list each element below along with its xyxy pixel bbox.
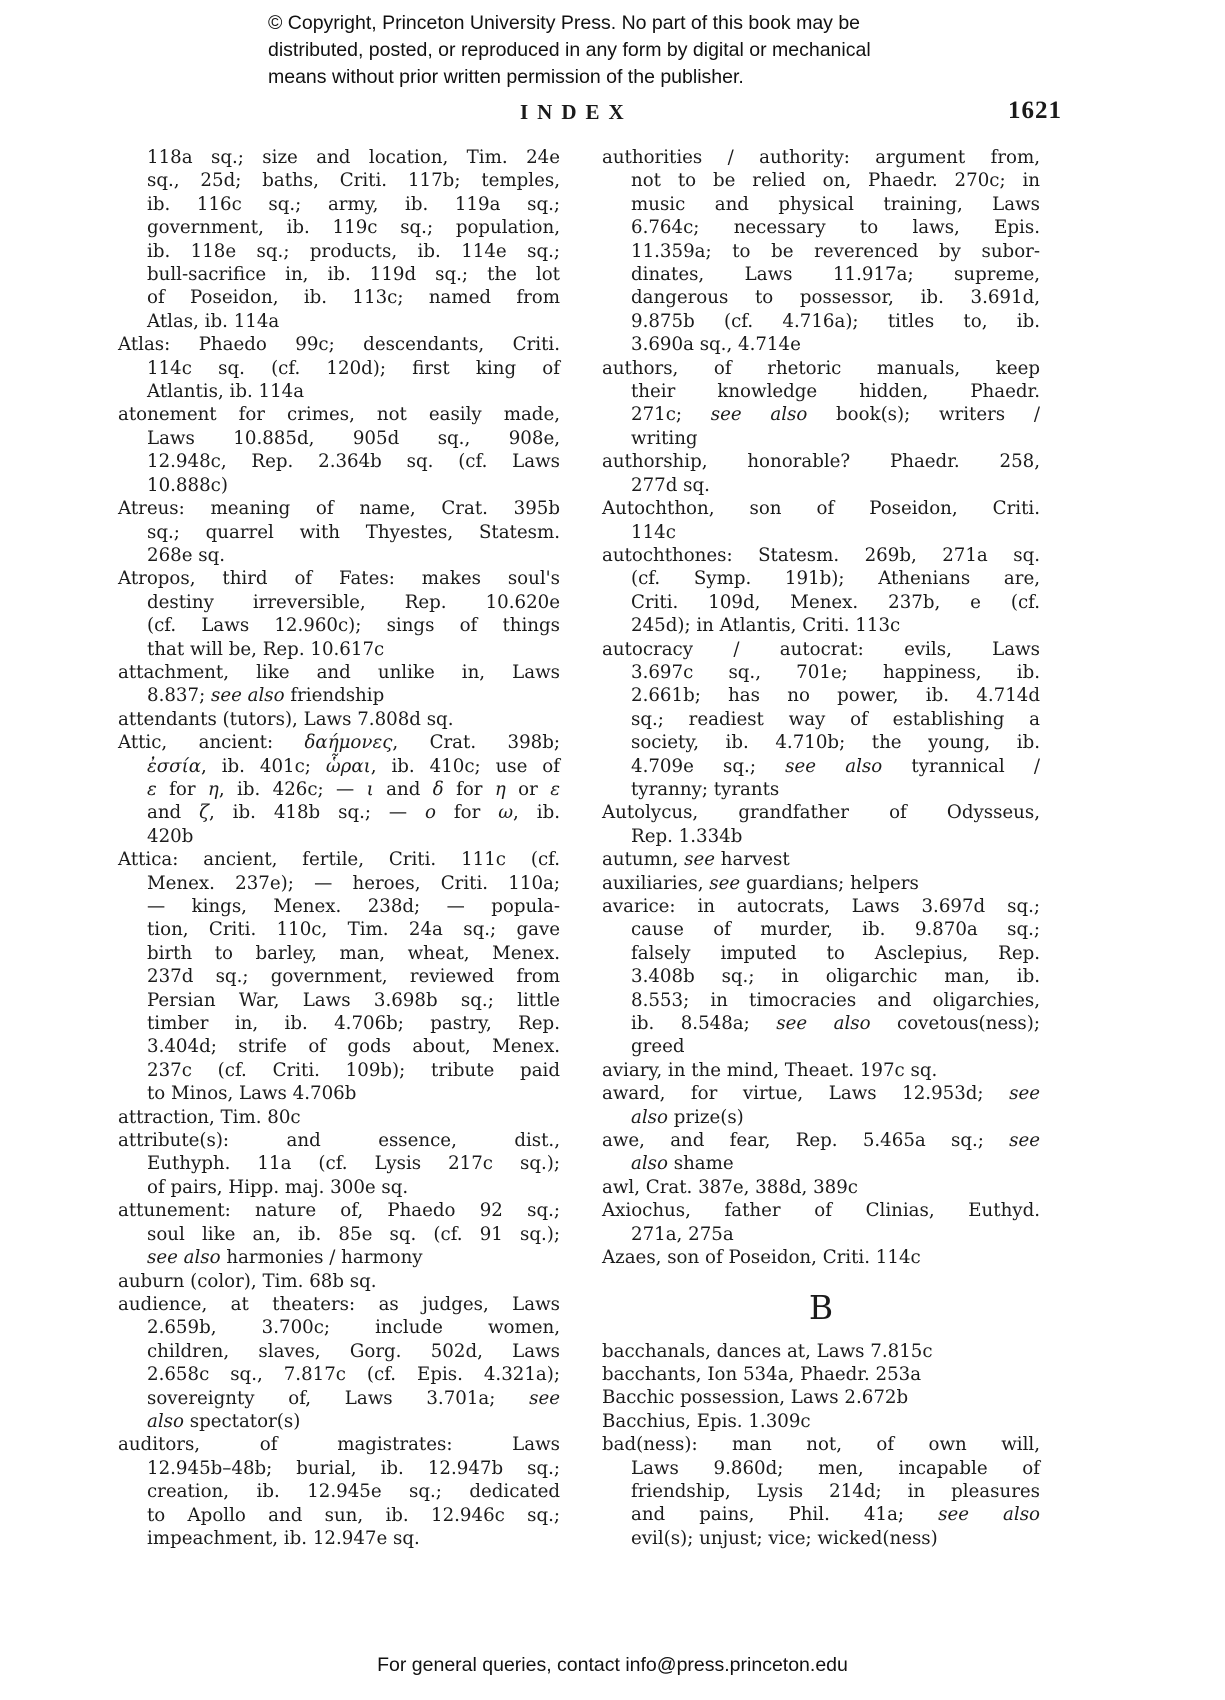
entry-line: autumn, see harvest (602, 848, 1040, 871)
entry-line: ib. 118e sq.; products, ib. 114e sq.; (118, 240, 560, 263)
index-entry: attendants (tutors), Laws 7.808d sq. (118, 708, 560, 731)
entry-line: attachment, like and unlike in, Laws (118, 661, 560, 684)
index-entry: Atlas: Phaedo 99c; descendants, Criti.11… (118, 333, 560, 403)
index-entry: Attica: ancient, fertile, Criti. 111c (c… (118, 848, 560, 1105)
entry-line: 118a sq.; size and location, Tim. 24e (118, 146, 560, 169)
entry-line: creation, ib. 12.945e sq.; dedicated (118, 1480, 560, 1503)
entry-line: that will be, Rep. 10.617c (118, 638, 560, 661)
entry-line: Atreus: meaning of name, Crat. 395b (118, 497, 560, 520)
entry-line: atonement for crimes, not easily made, (118, 403, 560, 426)
entry-line: Rep. 1.334b (602, 825, 1040, 848)
entry-line: falsely imputed to Asclepius, Rep. (602, 942, 1040, 965)
entry-line: 237c (cf. Criti. 109b); tribute paid (118, 1059, 560, 1082)
entry-line: tyranny; tyrants (602, 778, 1040, 801)
page-number: 1621 (1008, 97, 1062, 125)
section-title: INDEX (520, 100, 633, 125)
entry-line: 271a, 275a (602, 1223, 1040, 1246)
entry-line: 3.404d; strife of gods about, Menex. (118, 1035, 560, 1058)
index-entry: autochthones: Statesm. 269b, 271a sq.(cf… (602, 544, 1040, 638)
entry-line: Atropos, third of Fates: makes soul's (118, 567, 560, 590)
copyright-line: © Copyright, Princeton University Press.… (268, 10, 1028, 37)
entry-line: autocracy / autocrat: evils, Laws (602, 638, 1040, 661)
entry-line: awl, Crat. 387e, 388d, 389c (602, 1176, 1040, 1199)
entry-line: Attica: ancient, fertile, Criti. 111c (c… (118, 848, 560, 871)
entry-line: dinates, Laws 11.917a; supreme, (602, 263, 1040, 286)
index-entry: 118a sq.; size and location, Tim. 24esq.… (118, 146, 560, 333)
entry-line: to Minos, Laws 4.706b (118, 1082, 560, 1105)
entry-line: attraction, Tim. 80c (118, 1106, 560, 1129)
index-entry: Axiochus, father of Clinias, Euthyd.271a… (602, 1199, 1040, 1246)
index-entry: Azaes, son of Poseidon, Criti. 114c (602, 1246, 1040, 1269)
entry-line: 271c; see also book(s); writers / (602, 403, 1040, 426)
index-entry: auditors, of magistrates: Laws12.945b–48… (118, 1433, 560, 1550)
entry-line: bacchanals, dances at, Laws 7.815c (602, 1340, 1040, 1363)
index-entry: award, for virtue, Laws 12.953d; seealso… (602, 1082, 1040, 1129)
entry-line: autochthones: Statesm. 269b, 271a sq. (602, 544, 1040, 567)
index-entry: aviary, in the mind, Theaet. 197c sq. (602, 1059, 1040, 1082)
entry-line: ib. 8.548a; see also covetous(ness); (602, 1012, 1040, 1035)
index-entry: authorship, honorable? Phaedr. 258,277d … (602, 450, 1040, 497)
entry-line: of pairs, Hipp. maj. 300e sq. (118, 1176, 560, 1199)
entry-line: writing (602, 427, 1040, 450)
entry-line: 420b (118, 825, 560, 848)
entry-line: government, ib. 119c sq.; population, (118, 216, 560, 239)
entry-line: avarice: in autocrats, Laws 3.697d sq.; (602, 895, 1040, 918)
copyright-notice: © Copyright, Princeton University Press.… (268, 10, 1028, 91)
index-entry: auxiliaries, see guardians; helpers (602, 872, 1040, 895)
entry-line: to Apollo and sun, ib. 12.946c sq.; (118, 1504, 560, 1527)
entry-line: award, for virtue, Laws 12.953d; see (602, 1082, 1040, 1105)
index-entry: autocracy / autocrat: evils, Laws3.697c … (602, 638, 1040, 802)
index-column-right: authorities / authority: argument from,n… (602, 146, 1040, 1550)
entry-line: 8.837; see also friendship (118, 684, 560, 707)
entry-line: auburn (color), Tim. 68b sq. (118, 1270, 560, 1293)
index-entry: authors, of rhetoric manuals, keeptheir … (602, 357, 1040, 451)
entry-line: ἐσσία, ib. 401c; ὧραι, ib. 410c; use of (118, 755, 560, 778)
footer-contact: For general queries, contact info@press.… (0, 1654, 1225, 1677)
entry-line: of Poseidon, ib. 113c; named from (118, 286, 560, 309)
entry-line: attribute(s): and essence, dist., (118, 1129, 560, 1152)
entry-line: (cf. Laws 12.960c); sings of things (118, 614, 560, 637)
entry-line: 277d sq. (602, 474, 1040, 497)
entry-line: — kings, Menex. 238d; — popula- (118, 895, 560, 918)
entry-line: sovereignty of, Laws 3.701a; see (118, 1387, 560, 1410)
index-entry: atonement for crimes, not easily made,La… (118, 403, 560, 497)
index-entry: Attic, ancient: δαήμονες, Crat. 398b;ἐσσ… (118, 731, 560, 848)
index-entry: bad(ness): man not, of own will,Laws 9.8… (602, 1433, 1040, 1550)
entry-line: also spectator(s) (118, 1410, 560, 1433)
entry-line: destiny irreversible, Rep. 10.620e (118, 591, 560, 614)
entry-line: not to be relied on, Phaedr. 270c; in (602, 169, 1040, 192)
entry-line: 10.888c) (118, 474, 560, 497)
entry-line: 114c sq. (cf. 120d); first king of (118, 357, 560, 380)
entry-line: and pains, Phil. 41a; see also (602, 1503, 1040, 1526)
entry-line: Autolycus, grandfather of Odysseus, (602, 801, 1040, 824)
entry-line: children, slaves, Gorg. 502d, Laws (118, 1340, 560, 1363)
entry-line: evil(s); unjust; vice; wicked(ness) (602, 1527, 1040, 1550)
entry-line: bacchants, Ion 534a, Phaedr. 253a (602, 1363, 1040, 1386)
entry-line: see also harmonies / harmony (118, 1246, 560, 1269)
index-entry: attraction, Tim. 80c (118, 1106, 560, 1129)
entry-line: aviary, in the mind, Theaet. 197c sq. (602, 1059, 1040, 1082)
entry-line: attunement: nature of, Phaedo 92 sq.; (118, 1199, 560, 1222)
entry-line: ib. 116c sq.; army, ib. 119a sq.; (118, 193, 560, 216)
copyright-line: means without prior written permission o… (268, 64, 1028, 91)
entry-line: 2.661b; has no power, ib. 4.714d (602, 684, 1040, 707)
entry-line: music and physical training, Laws (602, 193, 1040, 216)
entry-line: auxiliaries, see guardians; helpers (602, 872, 1040, 895)
entry-line: birth to barley, man, wheat, Menex. (118, 942, 560, 965)
entry-line: Euthyph. 11a (cf. Lysis 217c sq.); (118, 1152, 560, 1175)
entry-line: Atlas: Phaedo 99c; descendants, Criti. (118, 333, 560, 356)
entry-line: authorship, honorable? Phaedr. 258, (602, 450, 1040, 473)
entry-line: 245d); in Atlantis, Criti. 113c (602, 614, 1040, 637)
entry-line: authors, of rhetoric manuals, keep (602, 357, 1040, 380)
entry-line: 114c (602, 521, 1040, 544)
index-entry: Atropos, third of Fates: makes soul'sdes… (118, 567, 560, 661)
entry-line: also prize(s) (602, 1106, 1040, 1129)
entry-line: cause of murder, ib. 9.870a sq.; (602, 918, 1040, 941)
entry-line: 11.359a; to be reverenced by subor- (602, 240, 1040, 263)
entry-line: Laws 9.860d; men, incapable of (602, 1457, 1040, 1480)
entry-line: sq., 25d; baths, Criti. 117b; temples, (118, 169, 560, 192)
entry-line: 2.659b, 3.700c; include women, (118, 1316, 560, 1339)
entry-line: Criti. 109d, Menex. 237b, e (cf. (602, 591, 1040, 614)
entry-line: tion, Criti. 110c, Tim. 24a sq.; gave (118, 918, 560, 941)
entry-line: dangerous to possessor, ib. 3.691d, (602, 286, 1040, 309)
entry-line: 12.945b–48b; burial, ib. 12.947b sq.; (118, 1457, 560, 1480)
entry-line: audience, at theaters: as judges, Laws (118, 1293, 560, 1316)
entry-line: ε for η, ib. 426c; — ι and δ for η or ε (118, 778, 560, 801)
entry-line: also shame (602, 1152, 1040, 1175)
index-entry: authorities / authority: argument from,n… (602, 146, 1040, 357)
entry-line: Menex. 237e); — heroes, Criti. 110a; (118, 872, 560, 895)
entry-line: Autochthon, son of Poseidon, Criti. (602, 497, 1040, 520)
entry-line: Atlantis, ib. 114a (118, 380, 560, 403)
entry-line: 8.553; in timocracies and oligarchies, (602, 989, 1040, 1012)
entry-line: friendship, Lysis 214d; in pleasures (602, 1480, 1040, 1503)
entry-line: soul like an, ib. 85e sq. (cf. 91 sq.); (118, 1223, 560, 1246)
entry-line: impeachment, ib. 12.947e sq. (118, 1527, 560, 1550)
index-entry: attribute(s): and essence, dist.,Euthyph… (118, 1129, 560, 1199)
index-entry: attunement: nature of, Phaedo 92 sq.;sou… (118, 1199, 560, 1269)
copyright-line: distributed, posted, or reproduced in an… (268, 37, 1028, 64)
entry-line: Bacchius, Epis. 1.309c (602, 1410, 1040, 1433)
entry-line: 6.764c; necessary to laws, Epis. (602, 216, 1040, 239)
entry-line: greed (602, 1035, 1040, 1058)
index-entry: Atreus: meaning of name, Crat. 395bsq.; … (118, 497, 560, 567)
index-entry: Bacchic possession, Laws 2.672b (602, 1386, 1040, 1409)
entry-line: 237d sq.; government, reviewed from (118, 965, 560, 988)
index-entry: audience, at theaters: as judges, Laws2.… (118, 1293, 560, 1433)
entry-line: Axiochus, father of Clinias, Euthyd. (602, 1199, 1040, 1222)
index-entry: Bacchius, Epis. 1.309c (602, 1410, 1040, 1433)
index-column-left: 118a sq.; size and location, Tim. 24esq.… (118, 146, 560, 1550)
entry-line: auditors, of magistrates: Laws (118, 1433, 560, 1456)
entry-line: 2.658c sq., 7.817c (cf. Epis. 4.321a); (118, 1363, 560, 1386)
index-entry: Autochthon, son of Poseidon, Criti.114c (602, 497, 1040, 544)
entry-line: 3.690a sq., 4.714e (602, 333, 1040, 356)
entry-line: Persian War, Laws 3.698b sq.; little (118, 989, 560, 1012)
index-entry: Autolycus, grandfather of Odysseus,Rep. … (602, 801, 1040, 848)
entry-line: 268e sq. (118, 544, 560, 567)
index-entry: bacchanals, dances at, Laws 7.815c (602, 1340, 1040, 1363)
entry-line: 3.697c sq., 701e; happiness, ib. (602, 661, 1040, 684)
entry-line: (cf. Symp. 191b); Athenians are, (602, 567, 1040, 590)
entry-line: Bacchic possession, Laws 2.672b (602, 1386, 1040, 1409)
index-entry: attachment, like and unlike in, Laws8.83… (118, 661, 560, 708)
entry-line: 12.948c, Rep. 2.364b sq. (cf. Laws (118, 450, 560, 473)
index-entry: auburn (color), Tim. 68b sq. (118, 1270, 560, 1293)
entry-line: their knowledge hidden, Phaedr. (602, 380, 1040, 403)
entry-line: society, ib. 4.710b; the young, ib. (602, 731, 1040, 754)
entry-line: authorities / authority: argument from, (602, 146, 1040, 169)
entry-line: awe, and fear, Rep. 5.465a sq.; see (602, 1129, 1040, 1152)
entry-line: sq.; readiest way of establishing a (602, 708, 1040, 731)
index-entry: awl, Crat. 387e, 388d, 389c (602, 1176, 1040, 1199)
index-entry: avarice: in autocrats, Laws 3.697d sq.;c… (602, 895, 1040, 1059)
entry-line: and ζ, ib. 418b sq.; — ο for ω, ib. (118, 801, 560, 824)
index-entry: autumn, see harvest (602, 848, 1040, 871)
letter-heading: B (602, 1288, 1040, 1328)
entry-line: bull-sacrifice in, ib. 119d sq.; the lot (118, 263, 560, 286)
entry-line: Atlas, ib. 114a (118, 310, 560, 333)
entry-line: Attic, ancient: δαήμονες, Crat. 398b; (118, 731, 560, 754)
entry-line: bad(ness): man not, of own will, (602, 1433, 1040, 1456)
entry-line: Laws 10.885d, 905d sq., 908e, (118, 427, 560, 450)
running-head: INDEX 1621 (0, 100, 1225, 130)
index-entry: awe, and fear, Rep. 5.465a sq.; seealso … (602, 1129, 1040, 1176)
entry-line: attendants (tutors), Laws 7.808d sq. (118, 708, 560, 731)
entry-line: Azaes, son of Poseidon, Criti. 114c (602, 1246, 1040, 1269)
index-entry: bacchants, Ion 534a, Phaedr. 253a (602, 1363, 1040, 1386)
entry-line: sq.; quarrel with Thyestes, Statesm. (118, 521, 560, 544)
entry-line: 9.875b (cf. 4.716a); titles to, ib. (602, 310, 1040, 333)
entry-line: 4.709e sq.; see also tyrannical / (602, 755, 1040, 778)
entry-line: 3.408b sq.; in oligarchic man, ib. (602, 965, 1040, 988)
entry-line: timber in, ib. 4.706b; pastry, Rep. (118, 1012, 560, 1035)
